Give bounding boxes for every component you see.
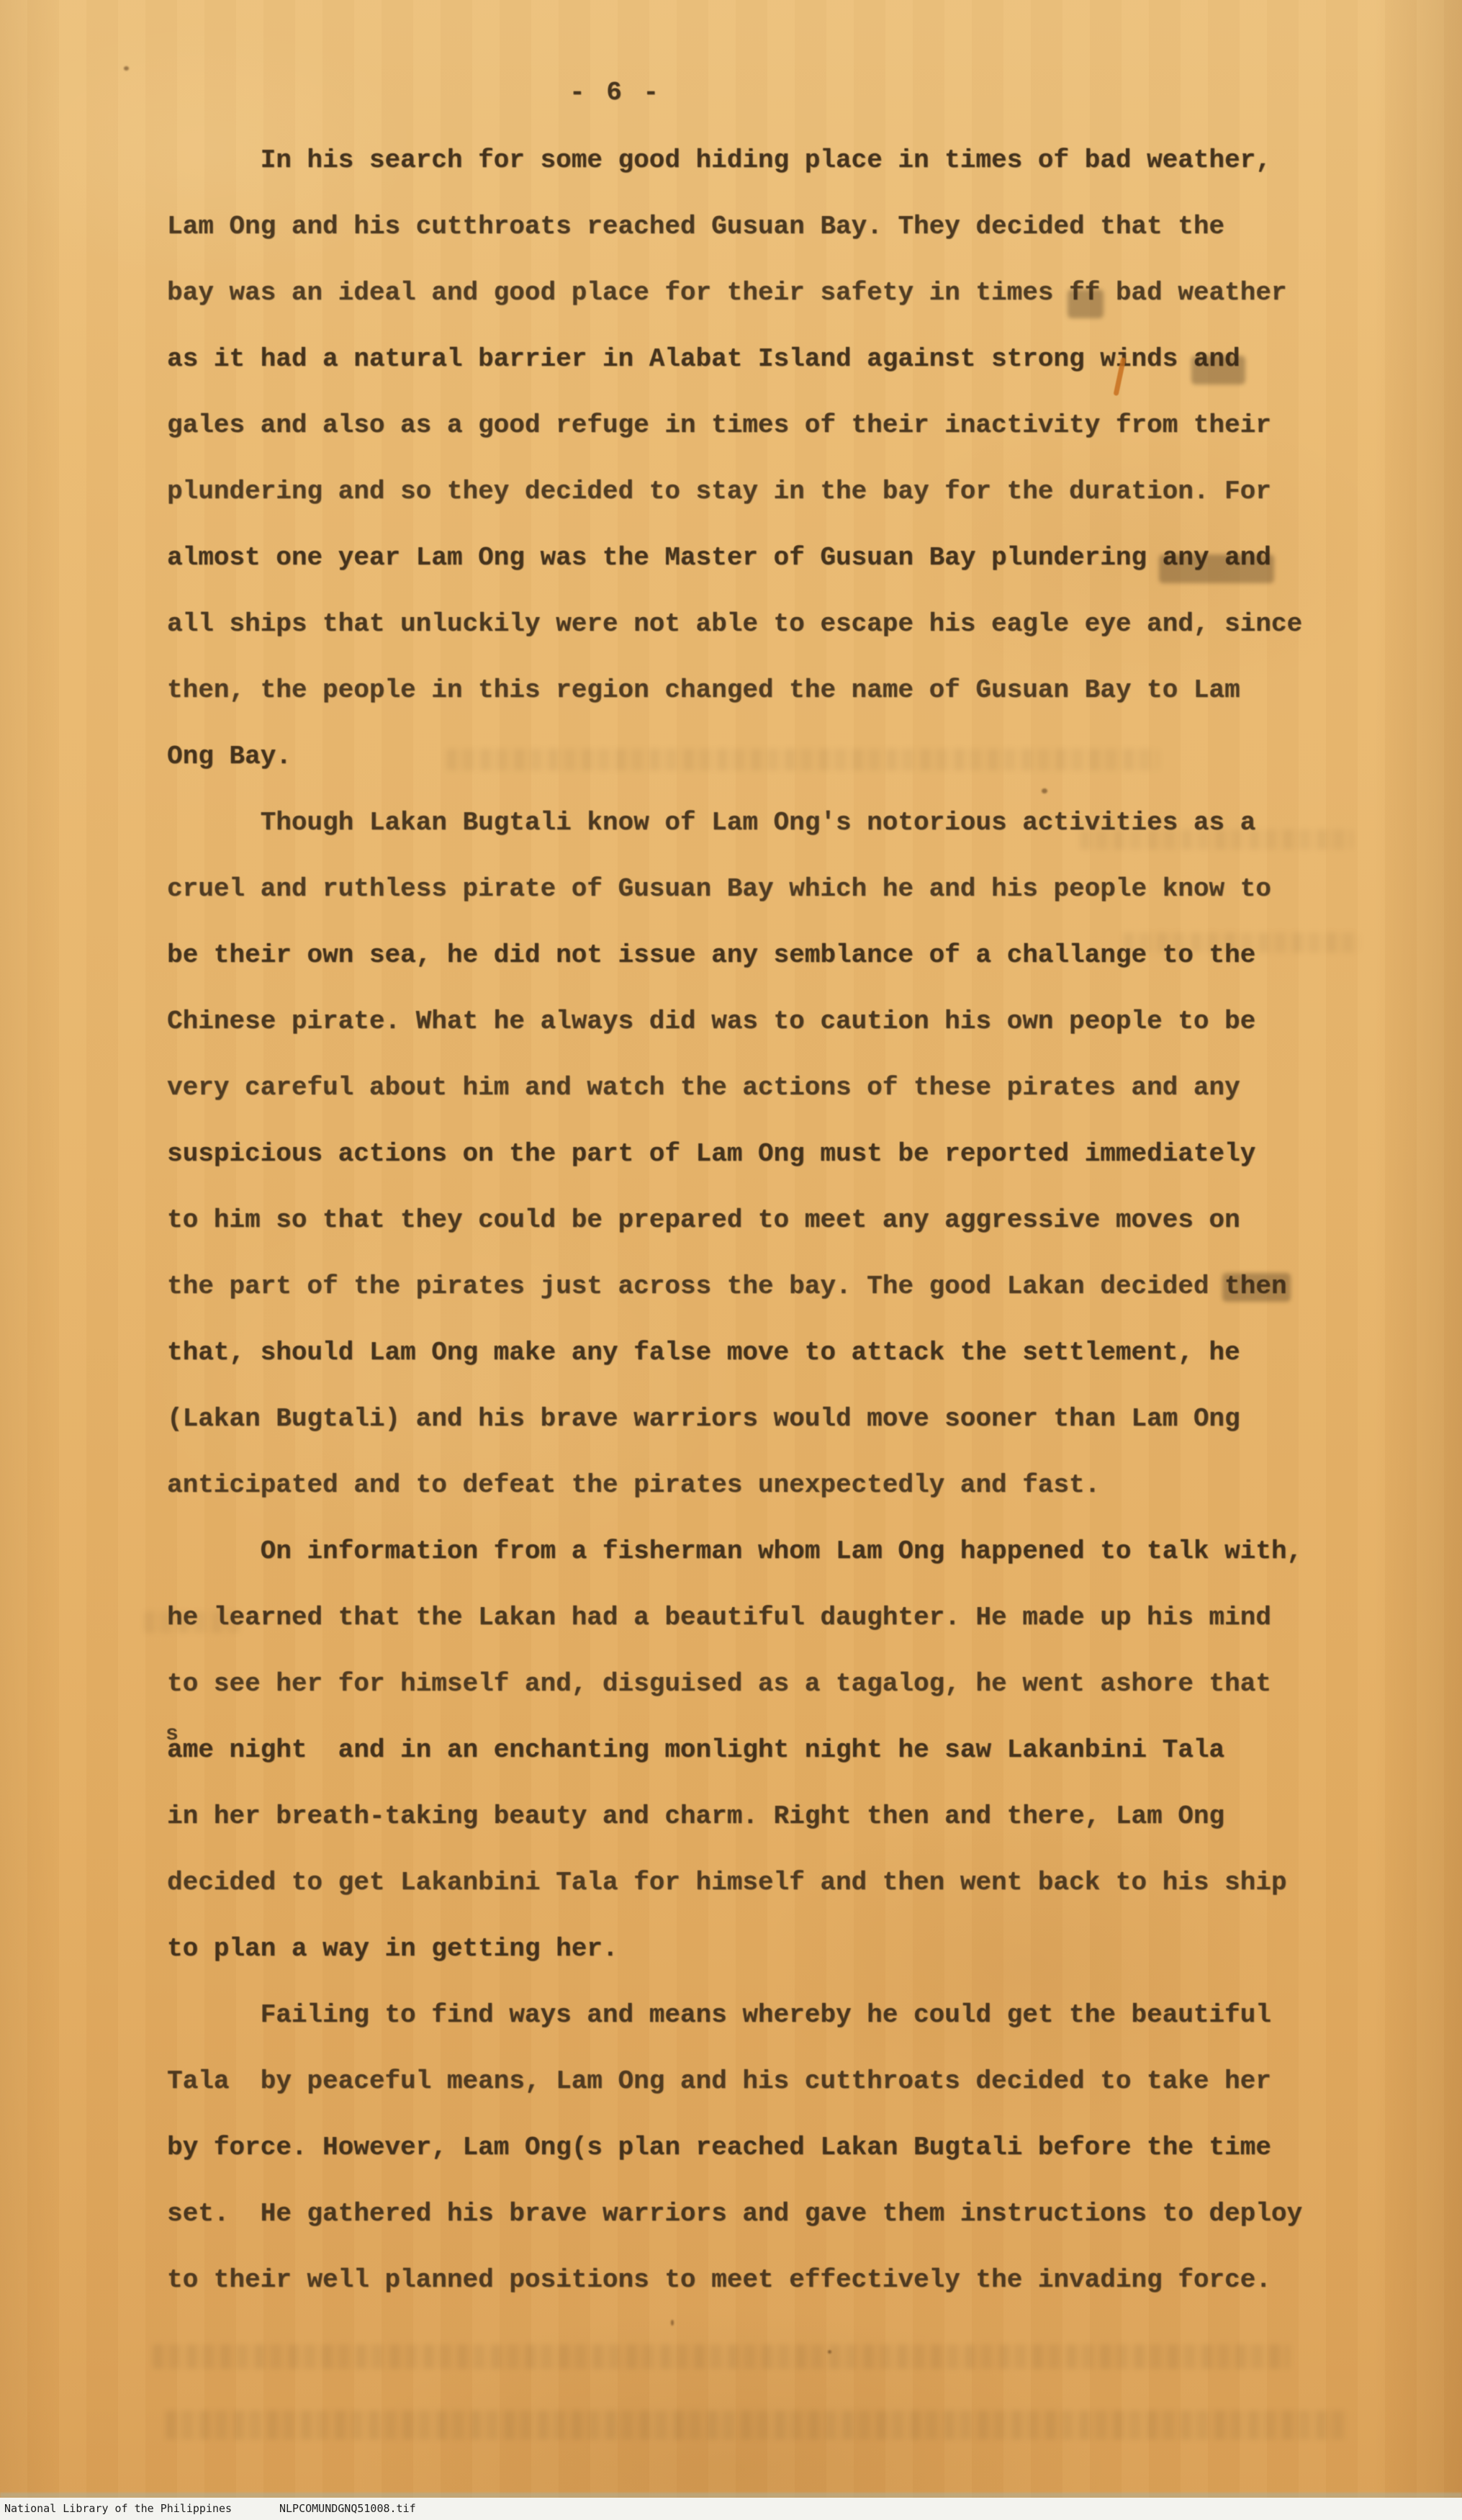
typed-line: plundering and so they decided to stay i… [167, 459, 1405, 525]
typed-line: cruel and ruthless pirate of Gusuan Bay … [167, 856, 1405, 922]
typed-line: suspicious actions on the part of Lam On… [167, 1121, 1405, 1187]
typed-line: to see her for himself and, disguised as… [167, 1651, 1405, 1717]
typed-line: in her breath-taking beauty and charm. R… [167, 1783, 1405, 1850]
typed-line: gales and also as a good refuge in times… [167, 392, 1405, 459]
bleed-through-smudge [1123, 932, 1361, 953]
typed-line: to their well planned positions to meet … [167, 2247, 1405, 2313]
overstrike-smudge [1191, 356, 1245, 384]
typed-line: anticipated and to defeat the pirates un… [167, 1452, 1405, 1518]
paper-speck [671, 2320, 674, 2326]
typed-line: ame night and in an enchanting monlight … [167, 1717, 1405, 1783]
paper-speck [124, 66, 129, 71]
typed-line: In his search for some good hiding place… [167, 127, 1405, 194]
typed-line: to plan a way in getting her. [167, 1916, 1405, 1982]
scan-footer-bar: National Library of the Philippines NLPC… [0, 2498, 1462, 2520]
bleed-through-smudge [153, 2344, 1290, 2369]
typed-line: by force. However, Lam Ong(s plan reache… [167, 2115, 1405, 2181]
typed-line: On information from a fisherman whom Lam… [167, 1518, 1405, 1585]
footer-library-name: National Library of the Philippines [4, 2498, 232, 2520]
bleed-through-smudge [166, 2411, 1346, 2439]
typed-line: Failing to find ways and means whereby h… [167, 1982, 1405, 2048]
footer-edge-strip [0, 2493, 1462, 2498]
typed-text-block: In his search for some good hiding place… [167, 127, 1405, 2313]
overstrike-smudge [1068, 289, 1104, 318]
paper-speck [1042, 788, 1047, 793]
bleed-through-smudge [144, 1611, 241, 1633]
typed-line: Lam Ong and his cutthroats reached Gusua… [167, 194, 1405, 260]
bleed-through-smudge [1080, 829, 1353, 850]
overstrike-smudge [1222, 1273, 1291, 1302]
typed-line: bay was an ideal and good place for thei… [167, 260, 1405, 326]
page-number: - 6 - [543, 78, 687, 107]
typed-line: to him so that they could be prepared to… [167, 1187, 1405, 1254]
typed-line: decided to get Lakanbini Tala for himsel… [167, 1850, 1405, 1916]
scanned-typewritten-page: - 6 - In his search for some good hiding… [0, 0, 1462, 2520]
footer-filename: NLPCOMUNDGNQ51008.tif [279, 2498, 416, 2520]
typed-line: then, the people in this region changed … [167, 657, 1405, 724]
typed-line: that, should Lam Ong make any false move… [167, 1320, 1405, 1386]
overstrike-smudge [1159, 554, 1274, 583]
paper-speck [828, 2350, 831, 2354]
typed-line: the part of the pirates just across the … [167, 1254, 1405, 1320]
typed-line: set. He gathered his brave warriors and … [167, 2181, 1405, 2247]
typed-correction-letter: s [166, 1722, 179, 1747]
typed-line: Tala by peaceful means, Lam Ong and his … [167, 2048, 1405, 2115]
typed-line: all ships that unluckily were not able t… [167, 591, 1405, 657]
bleed-through-smudge [446, 749, 1159, 770]
typed-line: (Lakan Bugtali) and his brave warriors w… [167, 1386, 1405, 1452]
typed-line: he learned that the Lakan had a beautifu… [167, 1585, 1405, 1651]
typed-line: very careful about him and watch the act… [167, 1055, 1405, 1121]
typed-line: Chinese pirate. What he always did was t… [167, 989, 1405, 1055]
